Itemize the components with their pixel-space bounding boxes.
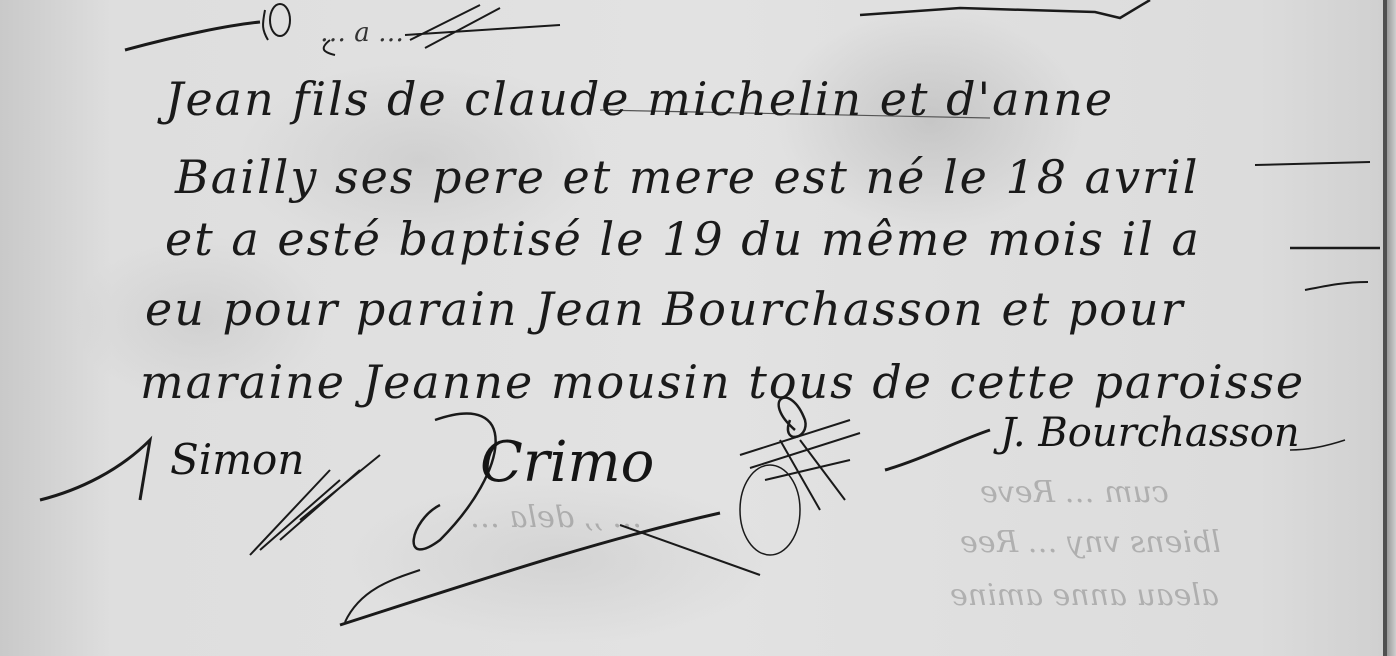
entry-line-2: Bailly ses pere et mere est né le 18 avr… — [175, 150, 1199, 204]
entry-line-4: eu pour parain Jean Bourchasson et pour — [145, 282, 1185, 336]
signature-bourchasson: J. Bourchasson — [1000, 410, 1300, 456]
top-fragment: … a … — [320, 18, 404, 48]
entry-line-3: et a esté baptisé le 19 du même mois il … — [165, 212, 1201, 266]
entry-line-1: Jean fils de claude michelin et d'anne — [165, 72, 1114, 126]
entry-line-5: maraine Jeanne mousin tous de cette paro… — [140, 355, 1305, 409]
signature-simon: Simon — [170, 435, 304, 484]
signature-crimo: Crimo — [480, 430, 654, 495]
document-scan: cum … Reve lbiens vny … Ree aleau anne a… — [0, 0, 1396, 656]
facing-page-edge — [1387, 0, 1396, 656]
